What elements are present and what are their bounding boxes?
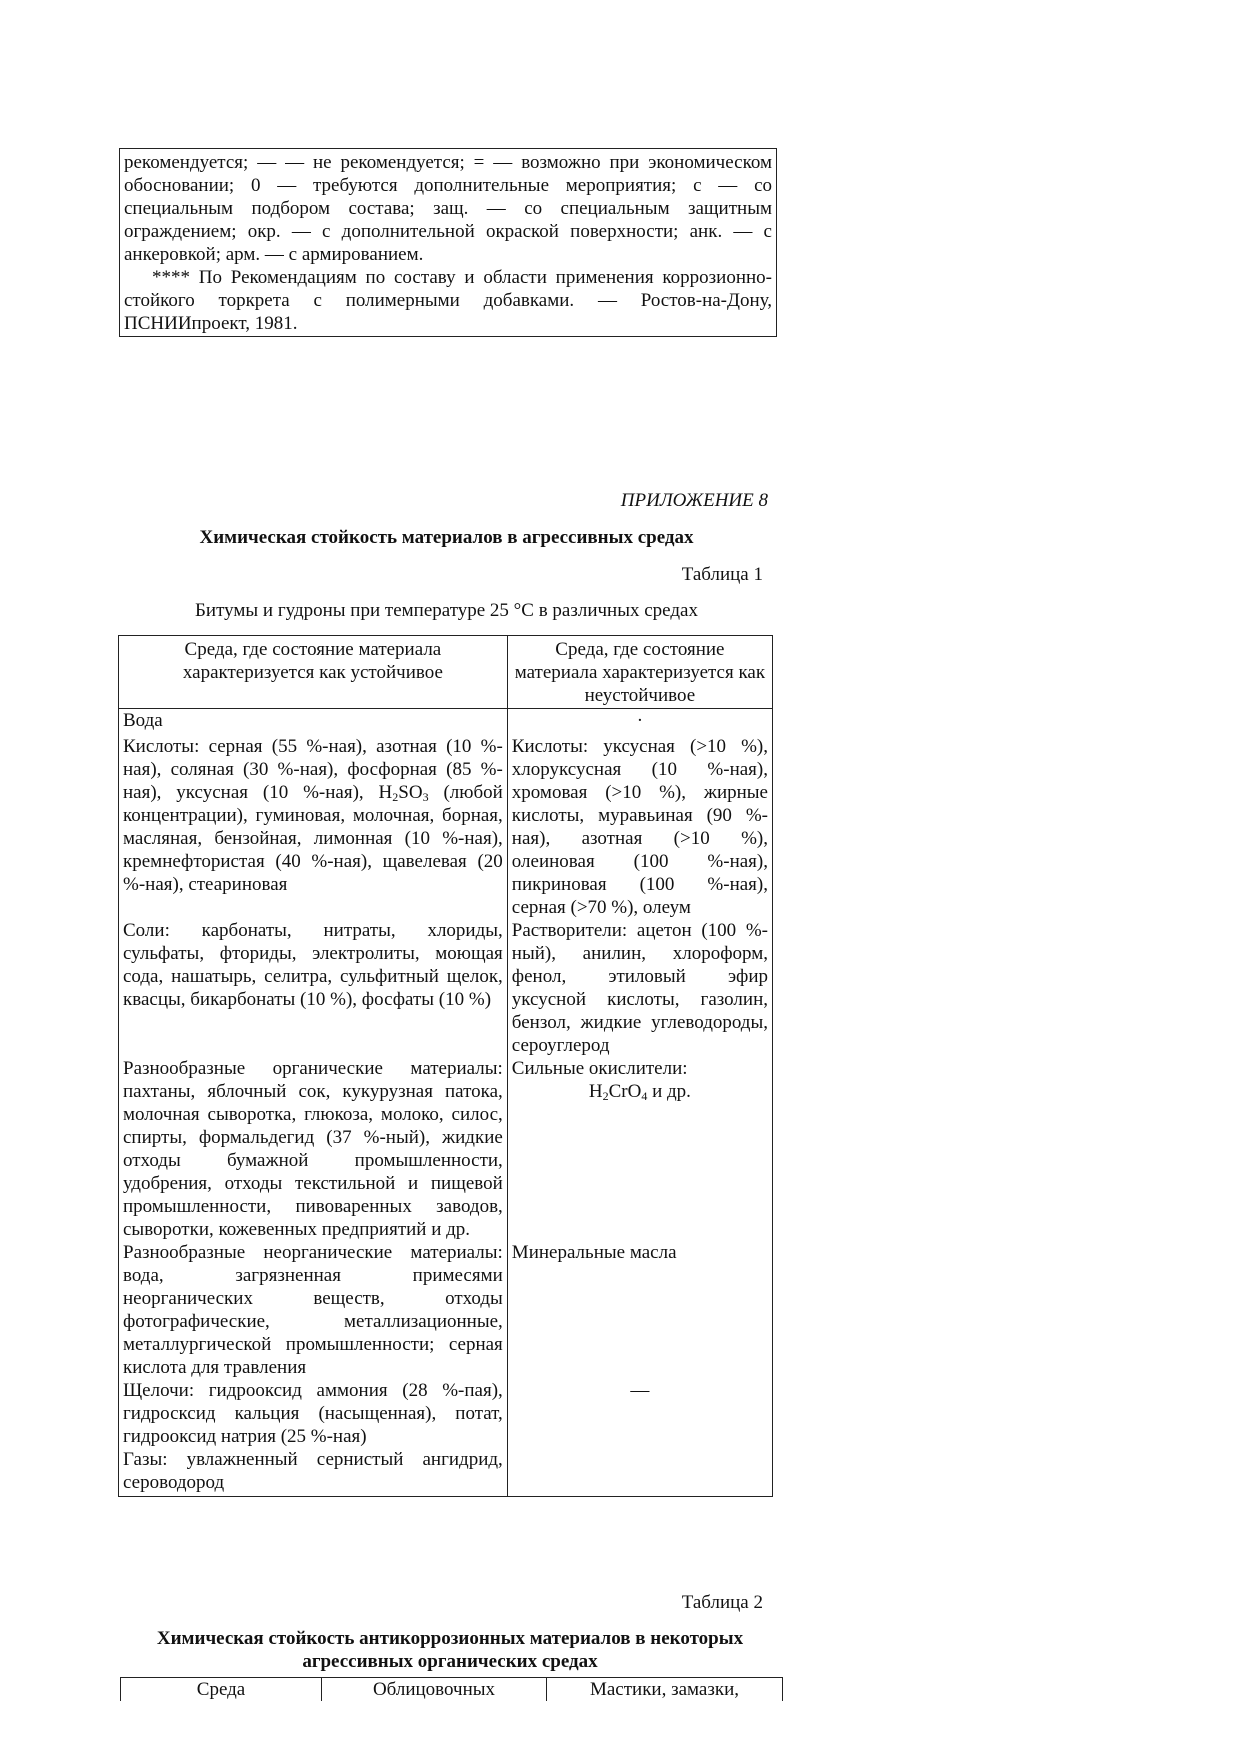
table-row: Разнообразные неорганические материалы: … [119, 1241, 773, 1379]
table1-header-unstable: Среда, где состояние материала характери… [507, 636, 772, 709]
table2-header-medium: Среда [121, 1678, 322, 1702]
unstable-line: Сильные окислители: [512, 1057, 768, 1080]
unstable-formula: H2CrO4 и др. [512, 1080, 768, 1103]
cell-stable: Щелочи: гидрооксид аммония (28 %-пая), г… [119, 1379, 508, 1448]
table1-caption: Битумы и гудроны при температуре 25 °С в… [119, 599, 774, 622]
cell-stable: Разнообразные неорганические материалы: … [119, 1241, 508, 1379]
table2-title: Химическая стойкость антикоррозионных ма… [110, 1627, 790, 1673]
table-row: Разнообразные органические материалы: па… [119, 1057, 773, 1241]
appendix-label: ПРИЛОЖЕНИЕ 8 [621, 489, 768, 512]
table1: Среда, где состояние материала характери… [118, 635, 773, 1497]
cell-unstable: — [507, 1379, 772, 1448]
cell-stable: Вода [119, 709, 508, 733]
table1-number: Таблица 1 [682, 563, 763, 586]
cell-stable: Соли: карбонаты, нитраты, хлориды, сульф… [119, 919, 508, 1057]
cell-stable: Разнообразные органические материалы: па… [119, 1057, 508, 1241]
cell-stable: Кислоты: серная (55 %-ная), азотная (10 … [119, 732, 508, 919]
cell-unstable: Минеральные масла [507, 1241, 772, 1379]
table1-header-row: Среда, где состояние материала характери… [119, 636, 773, 709]
table-row: Газы: увлажненный сернистый ангидрид, се… [119, 1448, 773, 1497]
appendix-title: Химическая стойкость материалов в агресс… [119, 526, 774, 549]
table2-number: Таблица 2 [682, 1591, 763, 1614]
table2: Среда Облицовочных Мастики, замазки, [120, 1677, 783, 1701]
cell-unstable: Растворители: ацетон (100 %-ный), анилин… [507, 919, 772, 1057]
cell-stable: Газы: увлажненный сернистый ангидрид, се… [119, 1448, 508, 1497]
table-row: Вода · [119, 709, 773, 733]
table-row: Кислоты: серная (55 %-ная), азотная (10 … [119, 732, 773, 919]
legend-text: рекомендуется; — — не рекомендуется; = —… [124, 151, 772, 266]
footnote-text: **** По Рекомендациям по составу и облас… [124, 266, 772, 335]
table2-header-mastics: Мастики, замазки, [547, 1678, 783, 1702]
table-row: Соли: карбонаты, нитраты, хлориды, сульф… [119, 919, 773, 1057]
cell-unstable: · [507, 709, 772, 733]
cell-unstable [507, 1448, 772, 1497]
table2-header-row: Среда Облицовочных Мастики, замазки, [121, 1678, 783, 1702]
table2-header-facing: Облицовочных [322, 1678, 547, 1702]
cell-unstable: Сильные окислители: H2CrO4 и др. [507, 1057, 772, 1241]
cell-unstable: Кислоты: уксусная (>10 %), хлоруксусная … [507, 732, 772, 919]
table-notes-box: рекомендуется; — — не рекомендуется; = —… [119, 148, 777, 337]
table1-header-stable: Среда, где состояние материала характери… [119, 636, 508, 709]
table-row: Щелочи: гидрооксид аммония (28 %-пая), г… [119, 1379, 773, 1448]
